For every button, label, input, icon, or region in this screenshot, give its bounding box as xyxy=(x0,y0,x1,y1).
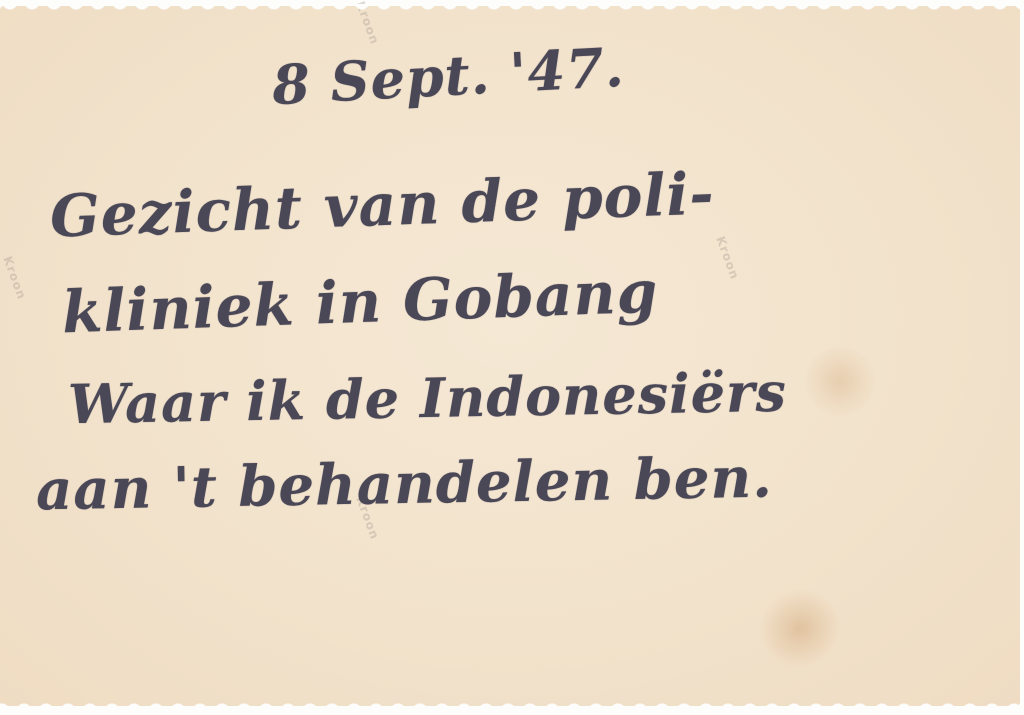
photo-back-paper: Kroon Kroon Kroon Kroon 8 Sept. '47. Gez… xyxy=(0,6,1020,706)
handwritten-line-3: Waar ik de Indonesiërs xyxy=(67,360,787,437)
stain xyxy=(805,346,875,416)
deckled-edge-bottom xyxy=(0,699,1024,709)
handwritten-line-2: kliniek in Gobang xyxy=(61,258,659,347)
deckled-edge-top xyxy=(0,4,1024,14)
handwritten-line-1: Gezicht van de poli- xyxy=(49,159,716,250)
stain xyxy=(747,576,854,681)
handwritten-line-4: aan 't behandelen ben. xyxy=(35,445,773,524)
paper-watermark: Kroon xyxy=(0,254,29,301)
handwritten-date: 8 Sept. '47. xyxy=(271,35,626,117)
paper-watermark: Kroon xyxy=(713,234,742,281)
